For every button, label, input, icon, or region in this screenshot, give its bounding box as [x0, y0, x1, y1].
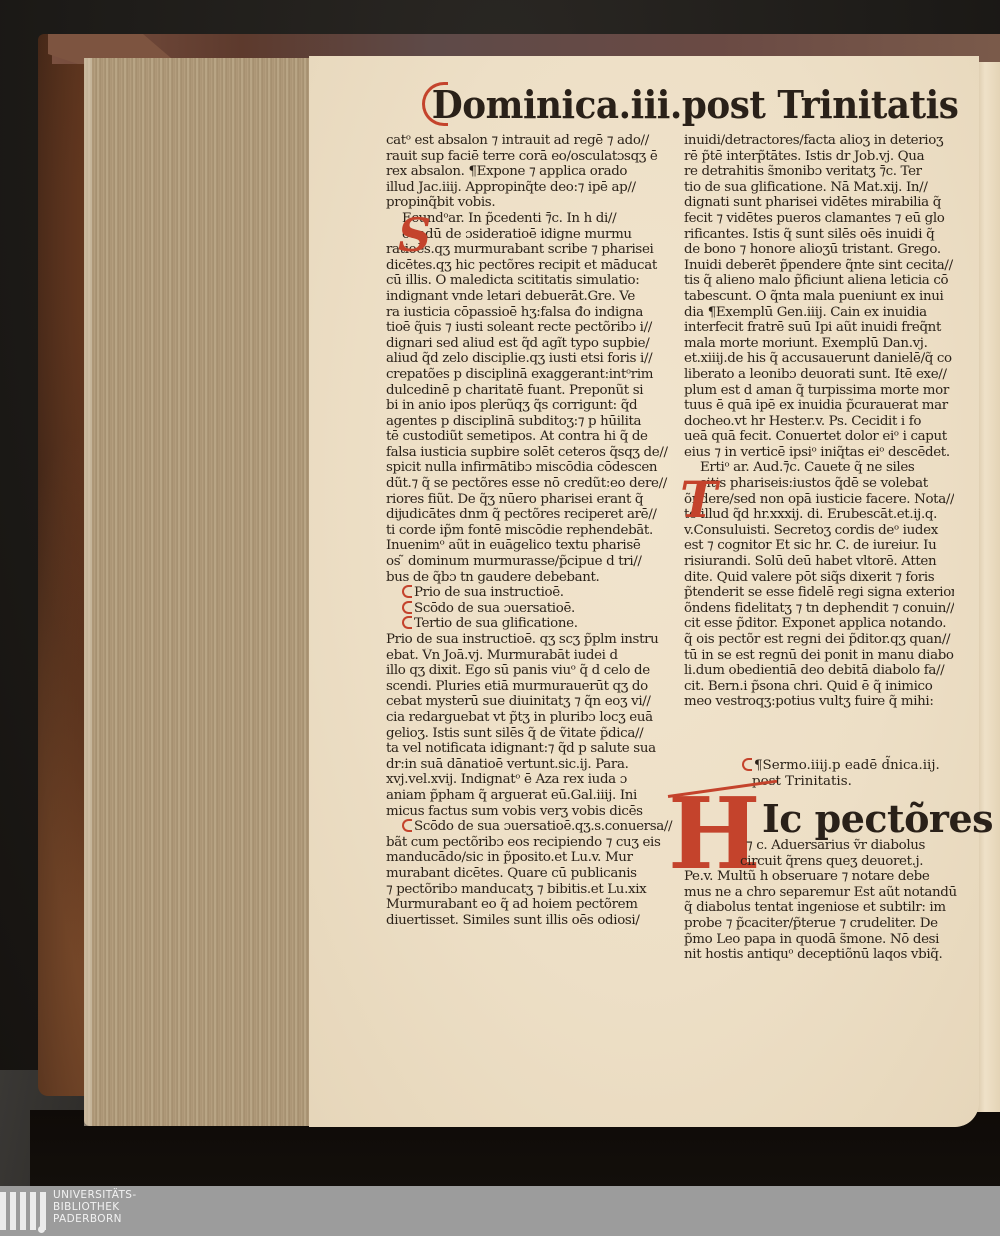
- text-line: ra iusticia cōpassioē hʒ:falsa đo indign…: [386, 305, 676, 321]
- sermon-heading: ¶Sermo.iiij.p eadē d̃nica.iij. post Trin…: [742, 758, 940, 790]
- text-line: mala morte moriunt. Exemplū Dan.vj.: [684, 336, 954, 352]
- heading-text: Dominica.iii.post Trinitatis: [428, 82, 958, 127]
- text-line: plum est d̃ aman q̃ turpissima morte mor: [684, 383, 954, 399]
- text-line: ⁊ c. Aduersarius ṽr diabolus: [684, 838, 957, 854]
- text-line: ueā quā fecit. Conuertet dolor eiᵒ i cap…: [684, 429, 954, 445]
- text-line: tioē q̃uis ⁊ iusti soleant recte pectõr…: [386, 320, 676, 336]
- text-line: rex absalon. ¶Expone ⁊ applica orado: [386, 164, 676, 180]
- text-line: gelioʒ. Istis sunt silēs q̃ de ṽitate p…: [386, 726, 676, 742]
- text-line: tio de sua gl̃ificatione. Nā Mat.xij. In…: [684, 180, 954, 196]
- text-line: õndere/sed non opā iusticie facere. Not…: [684, 492, 954, 508]
- text-line: meo vestroqʒ:potius vultʒ fuire q̃ mihi:: [684, 694, 954, 710]
- text-line: eius ⁊ in verticē ipsiᵒ iniq̃tas eiᵒ des…: [684, 445, 954, 461]
- text-line: p̃mo Leo papa in quodā s̃mone. Nō desi: [684, 932, 957, 948]
- text-line: rauit sup faciē terre corā eo/osculatɔsq…: [386, 149, 676, 165]
- text-line: circuit q̃rens queʒ deuoret.j.: [684, 854, 957, 870]
- text-line: scendi. Pluries etiā murmurauerūt qʒ do: [386, 679, 676, 695]
- text-line: Ertiᵒ ar. Aud.⁊̄c. Cauete q̃ ne siles: [684, 460, 954, 476]
- text-line: dignari sed aliud est q̃d agĩt typo sup…: [386, 336, 676, 352]
- text-line: q̃ diabolus tentat ingeniose et subtil̃r…: [684, 900, 957, 916]
- rubric-initial-T: T: [680, 475, 716, 525]
- text-line: murabant dicētes. Quare cū publicanis: [386, 866, 676, 882]
- pilcrow-icon: [402, 601, 412, 614]
- text-line: liberato a leonibɔ deuorati sunt. Itē ex…: [684, 367, 954, 383]
- text-line: dũt.⁊ q̃ se pectõres esse nō credũt:e…: [386, 476, 676, 492]
- text-line: ⁊ pectõribɔ manducatʒ ⁊ bibitis.et Lu.x…: [386, 882, 676, 898]
- pilcrow-icon: [402, 616, 412, 629]
- text-line: riores fiũt. De q̃ʒ nūero pharisei eran…: [386, 492, 676, 508]
- text-line: v.Consuluisti. Secretoʒ cordis deᵒ iudex: [684, 523, 954, 539]
- text-line: ebat. Ṽn Joā.vj. Murmurabāt iudei d̃: [386, 648, 676, 664]
- text-line: sitis phariseis:iustos q̃dē se volebat: [684, 476, 954, 492]
- text-line: aliud q̃d zelo disciplie.qʒ iusti etsi f…: [386, 351, 676, 367]
- text-line: nit hostis antiquᵒ deceptiõnū laqos vbi…: [684, 947, 957, 963]
- text-line: bi in anio ipos plerũqʒ q̃s corrigunt: …: [386, 398, 676, 414]
- text-line: manducādo/sic in p̃posito.et Lu.v. Mur: [386, 850, 676, 866]
- text-line: ti corde ip̃m fontē miscōdie rephendebāt…: [386, 523, 676, 539]
- text-line: agentes p disciplinā subditoʒ:⁊ p hūilit…: [386, 414, 676, 430]
- text-line: falsa iusticia supbire solēt ceteros q̃s…: [386, 445, 676, 461]
- text-line: docheo.vt h̃r Hester.v. Ps. Cecidit i fo: [684, 414, 954, 430]
- text-line: illo qʒ dixit. Ego sū panis viuᵒ q̃ d̃ c…: [386, 663, 676, 679]
- text-line: risiurandi. Solū deū habet vltorē. Atten: [684, 554, 954, 570]
- text-line: aniam p̃pham q̃ arguerat eū.Gal.iiij. In…: [386, 788, 676, 804]
- text-line: Inuidi deberēt p̃pendere q̃nte sint ceci…: [684, 258, 954, 274]
- text-line: dĳudicātes d̃nm q̃ pectõres reciperet a…: [386, 507, 676, 523]
- text-line: tis q̃ alieno malo p̃ficiunt aliena leti…: [684, 273, 954, 289]
- text-line: tuus ē quā ipē ex inuidia p̃curauerat ma…: [684, 398, 954, 414]
- text-line: indignant vnde letari debuerāt.Gre. Ve: [386, 289, 676, 305]
- text-line: xvj.vel.xvij. Indignatᵒ ē Aza rex iuda ɔ: [386, 772, 676, 788]
- pilcrow-icon: [402, 585, 412, 598]
- text-line: tē custodiũt semetipos. At contra hi q̃…: [386, 429, 676, 445]
- text-line: li.dum obedientiā deo debitā diabolo fa/…: [684, 663, 954, 679]
- text-line: crepatões p disciplinā exaggerant:intᵒr…: [386, 367, 676, 383]
- text-line: tabescunt. O q̃nta mala pueniunt ex inui: [684, 289, 954, 305]
- page-block-edge: [84, 58, 309, 1126]
- text-line: bus de q̃bɔ t̃n gaudere debebant.: [386, 570, 676, 586]
- text-line: cit. Bern.i p̃sona ch̃ri. Quid ē q̃ inim…: [684, 679, 954, 695]
- text-line: cit esse p̃ditor. Exponet applica notand…: [684, 616, 954, 632]
- text-line: p̃tenderit se esse fidelē regi signa ext…: [684, 585, 954, 601]
- text-line: diuertisset. Similes sunt illis oēs odio…: [386, 913, 676, 929]
- text-line: rificantes. Istis q̃ sunt silēs oēs inui…: [684, 227, 954, 243]
- text-line: Inuenimᵒ aũt in euāgelico textu pharisē: [386, 538, 676, 554]
- library-name: UNIVERSITÄTS- BIBLIOTHEK PADERBORN: [53, 1189, 137, 1225]
- pilcrow-icon: [402, 819, 412, 832]
- text-line: Murmurabant eo q̃ ad hoiem pectõrem: [386, 897, 676, 913]
- text-line: de bono ⁊ honore alioʒū tristant. Grego.: [684, 242, 954, 258]
- pilcrow-icon: [742, 758, 752, 771]
- text-line: dulcedinē p charitatē fuant. Preponũt s…: [386, 383, 676, 399]
- text-line: Prio de sua instructioē. qʒ scʒ p̃pl̃m i…: [386, 632, 676, 648]
- text-line: interfecit fratrē suū Ipi aũt inuidi fr…: [684, 320, 954, 336]
- text-line: catᵒ est absalon ⁊ intrauit ad regē ⁊ ad…: [386, 133, 676, 149]
- text-line: õndens fidelitatʒ ⁊ t̃n dephendit ⁊ con…: [684, 601, 954, 617]
- text-line: illud Jac.iiij. Appropinq̃te deo:⁊ ipē a…: [386, 180, 676, 196]
- text-line: dia ¶Exemplū Gen.iiij. Cain ex inuidia: [684, 305, 954, 321]
- text-line: dignati sunt pharisei vidētes mirabilia …: [684, 195, 954, 211]
- text-line: rē p̃tē interp̃tātes. Istis d̃r Job.vj. …: [684, 149, 954, 165]
- rubric-initial-S: S: [398, 213, 432, 257]
- text-line: te illud q̃d h̃r.xxxij. di. Erubescāt.et…: [684, 507, 954, 523]
- sermon-incipit: Ic pectõres: [762, 796, 993, 841]
- text-line: Scōdo de sua ɔuersatioē.qʒ.s.conuersa//: [386, 819, 676, 835]
- text-line: probe ⁊ p̃caciter/p̃terue ⁊ crudeliter. …: [684, 916, 957, 932]
- text-line: spicit nulla infirmātibɔ miscōdia cōdesc…: [386, 460, 676, 476]
- text-line: mus ne a ch̃ro separemur Est aũt notand…: [684, 885, 957, 901]
- outline-item: Scōdo de sua ɔuersatioē.: [386, 601, 676, 617]
- text-line: cebat mysterū sue diuinitatʒ ⁊ q̃n eoʒ v…: [386, 694, 676, 710]
- text-line: dite. Quid valere pōt siq̃s dixerit ⁊ fo…: [684, 570, 954, 586]
- text-line: d̃r:in suā dānatioē vertunt.sic.ij. Para…: [386, 757, 676, 773]
- text-line: cū illis. O maledicta scititatis simulat…: [386, 273, 676, 289]
- right-text-column: inuidi/detractores/facta alioʒ in deteri…: [684, 133, 954, 710]
- text-line: cia redarguebat vt p̃tʒ in pluribɔ locʒ …: [386, 710, 676, 726]
- text-line: bãt cum pectõribɔ eos recipiendo ⁊ cuʒ…: [386, 835, 676, 851]
- logo-dot: [38, 1226, 45, 1233]
- text-line: est ⁊ cognitor Et sic h̃r. C. de iureiur…: [684, 538, 954, 554]
- text-line: tū in se est regnū dei ponit in manu dia…: [684, 648, 954, 664]
- outline-item: Prio de sua instructioē.: [386, 585, 676, 601]
- text-line: micus factus sum vobis verʒ vobis dicēs: [386, 804, 676, 820]
- text-line: fecit ⁊ vidētes pueros clamantes ⁊ eū gl…: [684, 211, 954, 227]
- page-heading: Dominica.iii.post Trinitatis: [428, 80, 938, 128]
- text-line: os ̃ dominum murmurasse/p̃cipue d̃ tri//: [386, 554, 676, 570]
- library-footer: UNIVERSITÄTS- BIBLIOTHEK PADERBORN: [0, 1186, 1000, 1236]
- text-line: inuidi/detractores/facta alioʒ in deteri…: [684, 133, 954, 149]
- text-line: re detrahitis s̃monibɔ veritatʒ ⁊̄c. Ter: [684, 164, 954, 180]
- outline-item: Tertio de sua gl̃ificatione.: [386, 616, 676, 632]
- text-line: ta vel notificata idignant:⁊ q̃d p salut…: [386, 741, 676, 757]
- sermon-heading-line: ¶Sermo.iiij.p eadē d̃nica.iij.: [742, 758, 940, 774]
- text-line: q̃ ois pectõr est regni dei p̃ditor.qʒ …: [684, 632, 954, 648]
- text-line: et.xiiij.de his q̃ accusauerunt danielē/…: [684, 351, 954, 367]
- right-text-column-tail: ⁊ c. Aduersarius ṽr diabolus circuit q̃…: [684, 838, 957, 963]
- text-line: Pe.v. Multũ h̃ obseruare ⁊ notare debe: [684, 869, 957, 885]
